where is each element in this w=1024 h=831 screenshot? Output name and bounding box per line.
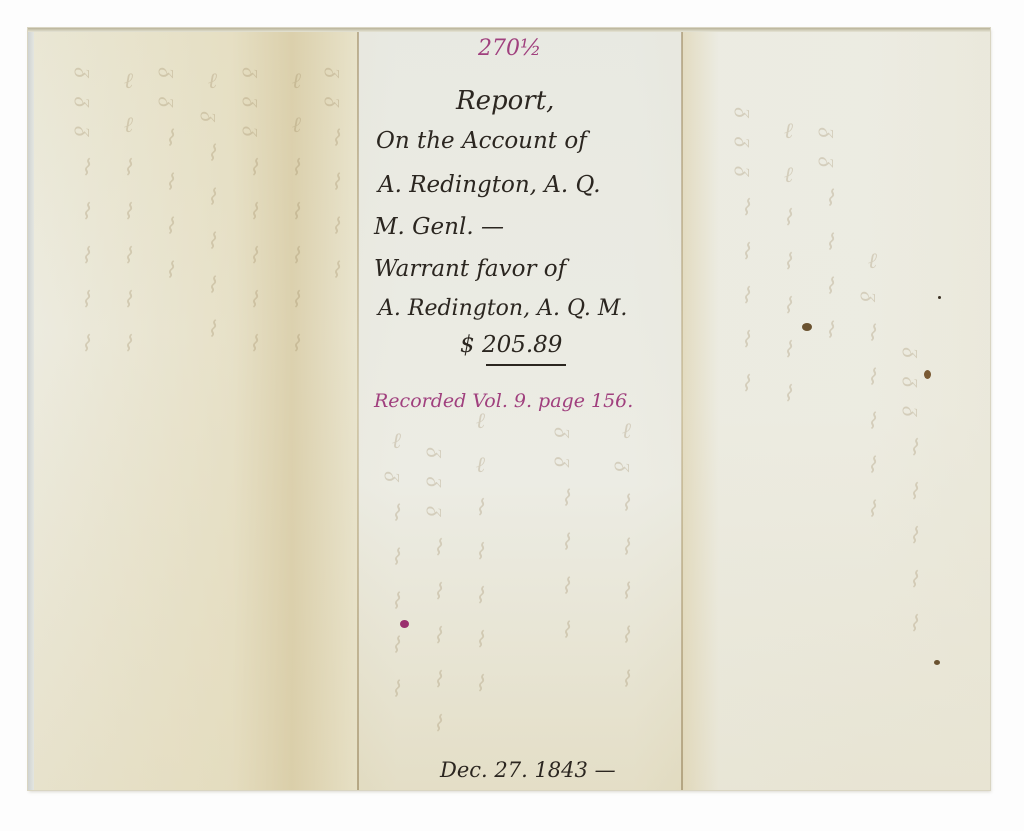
bleed-through-column: ᵹ ᵹ ⌇ ⌇ ⌇ ⌇ bbox=[548, 428, 582, 750]
paper-edge-left bbox=[28, 28, 34, 790]
bleed-through-column: ℓ ᵹ ⌇ ⌇ ⌇ ⌇ ⌇ bbox=[854, 248, 888, 750]
bleed-through-column: ℓ ℓ ⌇ ⌇ ⌇ ⌇ ⌇ bbox=[770, 118, 804, 750]
bleed-through-column: ᵹ ᵹ ᵹ ⌇ ⌇ ⌇ ⌇ ⌇ bbox=[68, 68, 102, 750]
bleed-through-column: ᵹ ᵹ ⌇ ⌇ ⌇ ⌇ bbox=[318, 68, 352, 750]
bleed-through-column: ℓ ℓ ⌇ ⌇ ⌇ ⌇ ⌇ bbox=[110, 68, 144, 750]
bleed-through-column: ℓ ᵹ ⌇ ⌇ ⌇ ⌇ ⌇ bbox=[608, 418, 642, 750]
title-line: M. Genl. — bbox=[374, 214, 504, 240]
bleed-through-column: ᵹ ᵹ ᵹ ⌇ ⌇ ⌇ ⌇ ⌇ bbox=[896, 348, 930, 750]
bleed-through-column: ℓ ᵹ ⌇ ⌇ ⌇ ⌇ ⌇ bbox=[194, 68, 228, 750]
bleed-through-column: ᵹ ᵹ ⌇ ⌇ ⌇ ⌇ bbox=[812, 128, 846, 750]
bleed-through-column: ᵹ ᵹ ᵹ ⌇ ⌇ ⌇ ⌇ ⌇ bbox=[236, 68, 270, 750]
ink-spot bbox=[802, 323, 812, 331]
ink-spot bbox=[938, 296, 941, 299]
warrant-payee-line: A. Redington, A. Q. M. bbox=[378, 296, 627, 321]
warrant-line: Warrant favor of bbox=[374, 256, 566, 282]
report-title: Report, bbox=[456, 86, 554, 116]
bleed-through-column: ᵹ ᵹ ⌇ ⌇ ⌇ ⌇ bbox=[152, 68, 186, 750]
recorded-note: Recorded Vol. 9. page 156. bbox=[374, 390, 633, 412]
ink-spot bbox=[934, 660, 940, 665]
docket-number: 270½ bbox=[478, 36, 541, 61]
payee-line: A. Redington, A. Q. bbox=[378, 172, 601, 198]
document-date: Dec. 27. 1843 — bbox=[440, 758, 616, 782]
folded-document-sheet: ᵹ ᵹ ᵹ ⌇ ⌇ ⌇ ⌇ ⌇ ℓ ℓ ⌇ ⌇ ⌇ ⌇ ⌇ ᵹ ᵹ ⌇ ⌇ ⌇ … bbox=[28, 28, 990, 790]
fold-line-right bbox=[681, 28, 683, 790]
paper-edge-top bbox=[28, 28, 990, 32]
bleed-through-column: ᵹ ᵹ ᵹ ⌇ ⌇ ⌇ ⌇ ⌇ bbox=[420, 448, 454, 750]
account-line: On the Account of bbox=[376, 128, 587, 154]
purple-ink-blot bbox=[400, 620, 409, 628]
bleed-through-column: ᵹ ᵹ ᵹ ⌇ ⌇ ⌇ ⌇ ⌇ bbox=[728, 108, 762, 750]
bleed-through-column: ℓ ℓ ⌇ ⌇ ⌇ ⌇ ⌇ bbox=[278, 68, 312, 750]
fold-line-left bbox=[357, 28, 359, 790]
amount-underline bbox=[486, 364, 566, 366]
amount: $ 205.89 bbox=[460, 332, 562, 358]
bleed-through-column: ℓ ᵹ ⌇ ⌇ ⌇ ⌇ ⌇ bbox=[378, 428, 412, 750]
ink-spot bbox=[924, 370, 931, 379]
bleed-through-column: ℓ ℓ ⌇ ⌇ ⌇ ⌇ ⌇ bbox=[462, 408, 496, 750]
